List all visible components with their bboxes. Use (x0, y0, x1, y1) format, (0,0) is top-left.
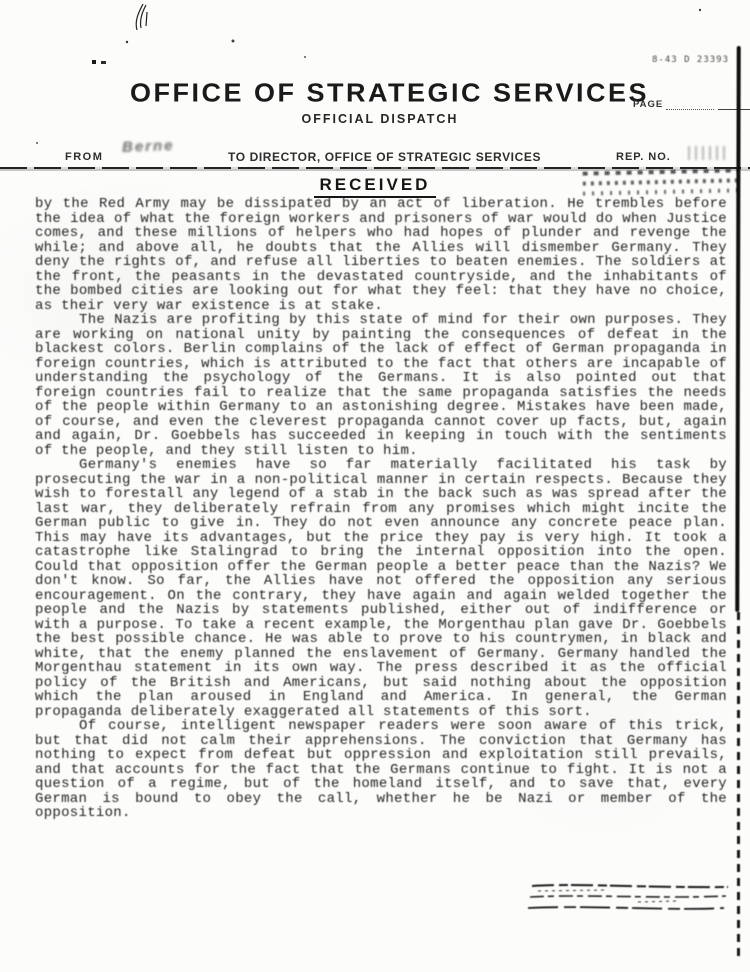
body-paragraph: by the Red Army may be dissipated by an … (35, 197, 727, 313)
dispatch-body-text: by the Red Army may be dissipated by an … (35, 197, 727, 821)
scan-edge-line-bottom (737, 612, 740, 957)
body-paragraph: Germany's enemies have so far materially… (35, 458, 727, 719)
report-number-smudge (688, 146, 730, 160)
body-paragraph: Of course, intelligent newspaper readers… (35, 719, 727, 821)
page-number-dotted-leader (666, 99, 714, 110)
report-number-label: REP. NO. (616, 151, 671, 163)
from-label: FROM (65, 151, 103, 163)
page-label: PAGE (633, 99, 663, 110)
from-value-handwritten: Berne (122, 137, 175, 156)
crossed-out-scribble-marks (528, 878, 733, 926)
scan-edge-line-top (735, 46, 740, 612)
document-subtitle: OFFICIAL DISPATCH (130, 112, 630, 126)
page-number-blank-line (718, 99, 750, 110)
header-divider-rule (0, 167, 750, 169)
received-stamp: RECEIVED (314, 175, 437, 198)
masthead: OFFICE OF STRATEGIC SERVICES OFFICIAL DI… (130, 78, 630, 126)
scanned-dispatch-page: 8-43 D 23393 OFFICE OF STRATEGIC SERVICE… (0, 0, 750, 972)
page-number-field: PAGE (633, 99, 750, 110)
to-director-label: TO DIRECTOR, OFFICE OF STRATEGIC SERVICE… (228, 150, 541, 164)
form-number: 8-43 D 23393 (652, 55, 729, 65)
body-paragraph: The Nazis are profiting by this state of… (35, 313, 727, 458)
document-title: OFFICE OF STRATEGIC SERVICES (130, 78, 630, 108)
